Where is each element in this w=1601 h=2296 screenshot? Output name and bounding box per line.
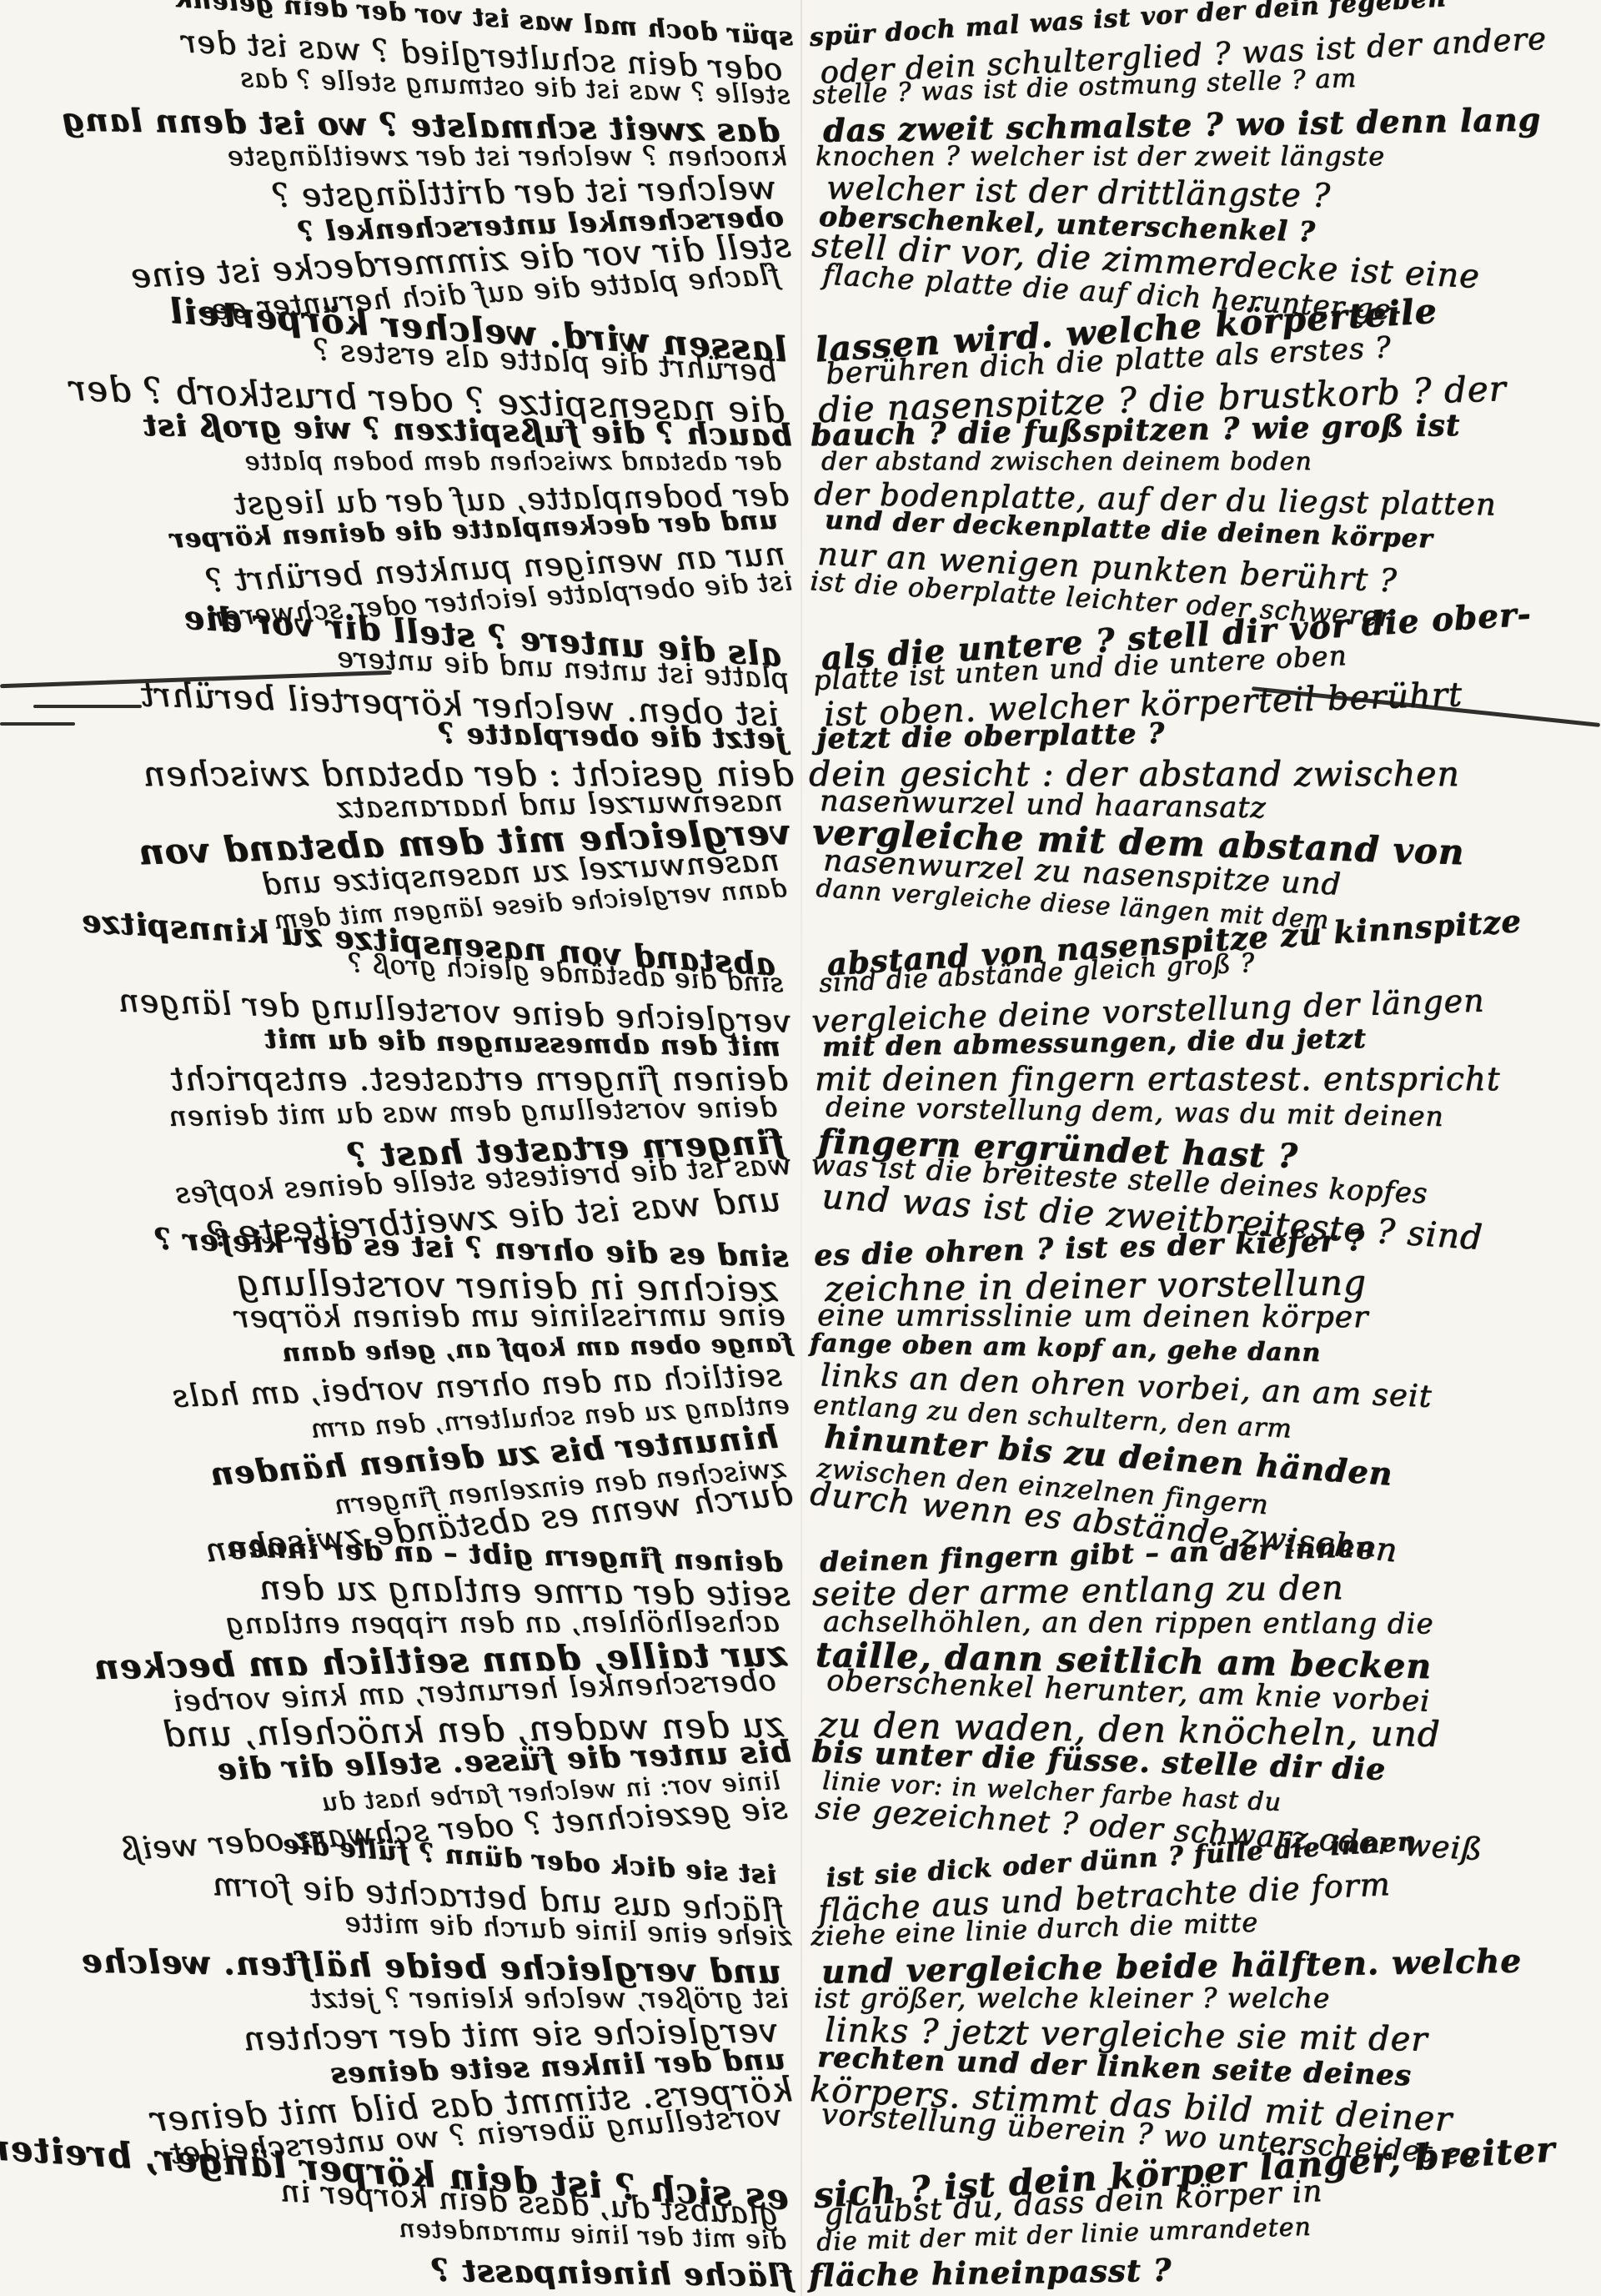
handwritten-line: ist größer, welche kleiner ? welche: [814, 1982, 1330, 2014]
handwritten-line: fläche hineinpasst ?: [430, 2252, 794, 2294]
handwritten-line: der abstand zwischen dem boden platte: [244, 447, 781, 476]
mirror-writing-half: spür doch mal was ist vor der dein gelen…: [0, 0, 800, 2296]
charcoal-underline-stroke: [33, 705, 142, 708]
mirrored-text-block: spür doch mal was ist vor der dein gelen…: [0, 0, 800, 2296]
charcoal-underline-stroke: [0, 722, 75, 726]
handwritten-line: achselhöhlen, an den rippen entlang die: [823, 1605, 1434, 1641]
handwritten-line: eine umrisslinie um deinen körper: [817, 1299, 1368, 1334]
normal-writing-half: spür doch mal was ist vor der dein fegeb…: [802, 0, 1601, 2296]
handwritten-line: knochen ? welcher ist der zweitlängste: [227, 140, 787, 172]
handwritten-line: fläche hineinpasst ?: [809, 2252, 1172, 2294]
handwritten-line: jetzt die oberplatte ?: [438, 717, 787, 756]
handwritten-line: eine umrisslinie um deinen körper: [234, 1299, 785, 1334]
handwritten-line: ist größer, welche kleiner ? jetzt: [310, 1982, 789, 2014]
handwritten-line: jetzt die oberplatte ?: [816, 717, 1166, 756]
handwritten-line: knochen ? welcher ist der zweit längste: [816, 140, 1385, 172]
artwork-sheet: spür doch mal was ist vor der dein gelen…: [0, 0, 1601, 2296]
handwritten-line: der abstand zwischen deinem boden: [821, 447, 1312, 476]
